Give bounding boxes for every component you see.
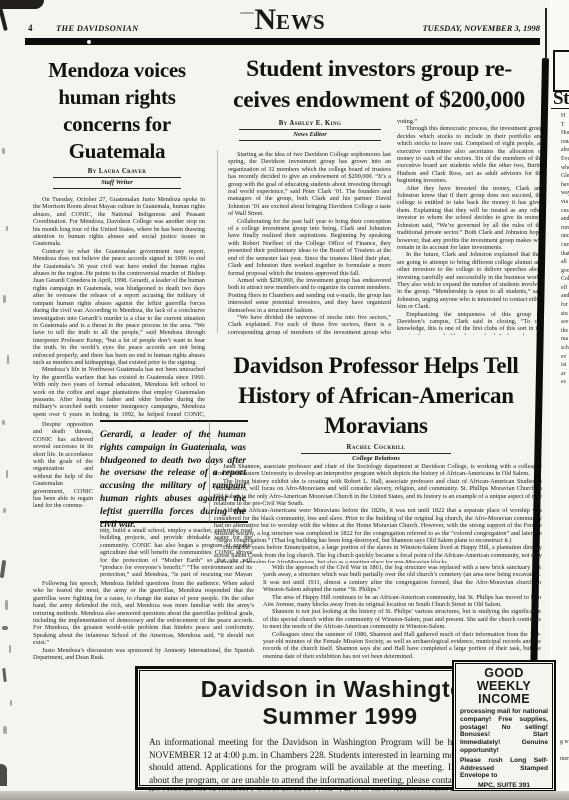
- paragraph: Janet Shannon, associate professor and c…: [214, 463, 542, 478]
- paragraph: about: [552, 146, 569, 155]
- paragraph: “We have divided the universe of stocks …: [228, 314, 391, 335]
- paragraph: Starting as the idea of two Davidson Col…: [228, 151, 391, 218]
- gutter-line-top: [545, 8, 547, 60]
- paragraph: curr: [552, 241, 569, 250]
- mendoza-byline: By Laura Craver Staff Writer: [42, 168, 192, 190]
- sliver-text-fragments: HTHomeiona faboutEverwherGlenhavewaytvia…: [552, 112, 569, 387]
- byline-rule: [301, 453, 451, 454]
- scan-artifact: [240, 12, 254, 14]
- paragraph: Although African-Americans were Moravian…: [214, 507, 542, 544]
- header-rule: [25, 38, 540, 45]
- income-ad-instruction: Please rush Long Self-Addressed Stamped …: [460, 757, 548, 780]
- paragraph: Armed with $200,000, the investment grou…: [228, 277, 391, 314]
- mendoza-closing: Following his speech, Mendoza fielded qu…: [33, 580, 254, 662]
- moravians-byline: Rachel Cockrill College Relations: [210, 444, 542, 462]
- paragraph: see: [552, 318, 569, 327]
- ad-inner-border: GOOD WEEKLY INCOME processing mail for n…: [455, 663, 553, 789]
- sliver-ad-frame: [553, 50, 569, 92]
- paragraph: the: [552, 327, 569, 336]
- paragraph: H: [552, 112, 569, 121]
- paragraph: Colleagues since the summer of 1986, Sha…: [263, 631, 541, 658]
- investors-byline: By Ashley E. King News Editor: [235, 120, 385, 142]
- paragraph: Home: [552, 129, 569, 138]
- section-initial: N: [254, 3, 276, 36]
- page-number: 4: [28, 23, 33, 33]
- income-ad-body: processing mail for national company! Fr…: [460, 708, 548, 755]
- scan-artifact: [5, 600, 8, 610]
- scan-edge-band: [0, 791, 569, 800]
- newspaper-page: 4 THE DAVIDSONIAN NEWS TUESDAY, NOVEMBER…: [0, 0, 569, 800]
- paragraph: all: [552, 258, 569, 267]
- section-masthead: NEWS: [225, 3, 355, 37]
- paragraph: es: [552, 378, 569, 387]
- sliver-rule: [551, 108, 569, 109]
- byline-role: Staff Writer: [42, 179, 192, 186]
- paragraph: wayt: [552, 189, 569, 198]
- paragraph: On Tuesday, October 27, Guatemalan Justo…: [33, 196, 205, 248]
- paragraph: T: [552, 121, 569, 130]
- byline-author: By Laura Craver: [42, 168, 192, 175]
- scan-artifact: [9, 645, 11, 653]
- paragraph: Despite opposition and death threats, CO…: [33, 421, 93, 510]
- scan-artifact: [6, 226, 8, 231]
- paragraph: Contrary to what the Guatemalan governme…: [33, 248, 205, 367]
- paragraph: via v: [552, 198, 569, 207]
- paragraph: for: [552, 301, 569, 310]
- paragraph: During the years before Emancipation, a …: [214, 544, 542, 563]
- paragraph: and: [552, 215, 569, 224]
- paragraph: Through this democratic process, the inv…: [397, 125, 543, 184]
- scan-artifact: [7, 355, 9, 364]
- paragraph: Shannon is not just looking at the histo…: [263, 608, 541, 630]
- paragraph: rum: [552, 224, 569, 233]
- rule-dot: [87, 40, 91, 44]
- byline-rule: [239, 140, 381, 141]
- byline-author: Rachel Cockrill: [210, 444, 542, 451]
- byline-role: News Editor: [235, 131, 385, 138]
- paragraph: ar: [552, 370, 569, 379]
- paragraph: Ever: [552, 155, 569, 164]
- column-rule: [217, 150, 218, 333]
- scan-artifact: [0, 7, 8, 31]
- paragraph: goo: [552, 267, 569, 276]
- paragraph: In the future, Clark and Johnston explai…: [397, 251, 543, 310]
- paragraph: have: [552, 181, 569, 190]
- paragraph: eff: [552, 284, 569, 293]
- paragraph: Col: [552, 275, 569, 284]
- paragraph: voting.”: [397, 118, 543, 125]
- paragraph: Glen: [552, 172, 569, 181]
- paragraph: isi: [552, 361, 569, 370]
- paragraph: The area of Happy Hill continues to be a…: [263, 594, 541, 609]
- scan-artifact: [2, 148, 5, 154]
- scan-artifact: [3, 295, 6, 303]
- scan-artifact: [2, 626, 8, 630]
- paragraph: ma: [552, 335, 569, 344]
- scan-artifact: [3, 726, 7, 734]
- paragraph: With the approach of the Civil War in 18…: [263, 564, 541, 594]
- paragraph: ev: [552, 353, 569, 362]
- paragraph: Collaborating for the past half year to …: [228, 218, 391, 277]
- paragraph: that: [552, 250, 569, 259]
- paragraph: Following his speech, Mendoza fielded qu…: [33, 580, 254, 647]
- paragraph: Emphasizing the uniqueness of this group…: [397, 311, 543, 335]
- moravians-body-bottom: With the approach of the Civil War in 18…: [263, 564, 541, 658]
- scan-artifact: [10, 700, 12, 706]
- paragraph: After they have invested the money, Clar…: [397, 185, 543, 252]
- byline-rule: [53, 188, 181, 189]
- paragraph: wher: [552, 164, 569, 173]
- byline-rule: [53, 177, 181, 178]
- income-ad-title: GOOD WEEKLY INCOME: [460, 667, 548, 706]
- mendoza-body: On Tuesday, October 27, Guatemalan Justo…: [33, 196, 205, 419]
- byline-rule: [239, 129, 381, 130]
- paragraph: unci: [552, 232, 569, 241]
- byline-author: By Ashley E. King: [235, 120, 385, 127]
- investors-column-1: Starting as the idea of two Davidson Col…: [228, 151, 391, 335]
- scan-artifact: [6, 470, 8, 478]
- income-ad: GOOD WEEKLY INCOME processing mail for n…: [452, 660, 556, 792]
- paragraph: sch: [552, 344, 569, 353]
- scan-artifact: [3, 508, 6, 513]
- scan-artifact: [0, 764, 7, 786]
- scan-artifact: [0, 560, 6, 578]
- paragraph: and: [552, 292, 569, 301]
- scan-artifact: [306, 16, 314, 18]
- scan-artifact: [0, 0, 44, 9]
- byline-role: College Relations: [210, 455, 542, 462]
- moravians-headline: Davidson Professor Helps Tell History of…: [210, 351, 542, 441]
- publication-name: THE DAVIDSONIAN: [56, 23, 139, 33]
- moravians-body-top: Janet Shannon, associate professor and c…: [214, 463, 542, 563]
- paragraph: cuss: [552, 207, 569, 216]
- paragraph: iona f: [552, 138, 569, 147]
- sliver-headline-fragment: St: [553, 88, 569, 110]
- paragraph: Justo Mendoza’s discussion was sponsored…: [33, 647, 254, 662]
- investors-column-2: voting.”Through this democratic process,…: [397, 118, 543, 335]
- scan-artifact: [2, 668, 6, 682]
- scan-artifact: [2, 420, 5, 425]
- paragraph: The living history exhibit she is creati…: [214, 478, 542, 508]
- section-rest: EWS: [276, 10, 326, 34]
- paragraph: Mendoza’s life in Northwest Guatemala ha…: [33, 366, 205, 419]
- mendoza-narrow-column: Despite opposition and death threats, CO…: [33, 421, 93, 523]
- dateline: TUESDAY, NOVEMBER 3, 1998: [380, 23, 540, 33]
- paragraph: stu: [552, 310, 569, 319]
- investors-headline: Student investors group re- ceives endow…: [214, 54, 544, 116]
- mendoza-headline: Mendoza voices human rights concerns for…: [22, 57, 212, 165]
